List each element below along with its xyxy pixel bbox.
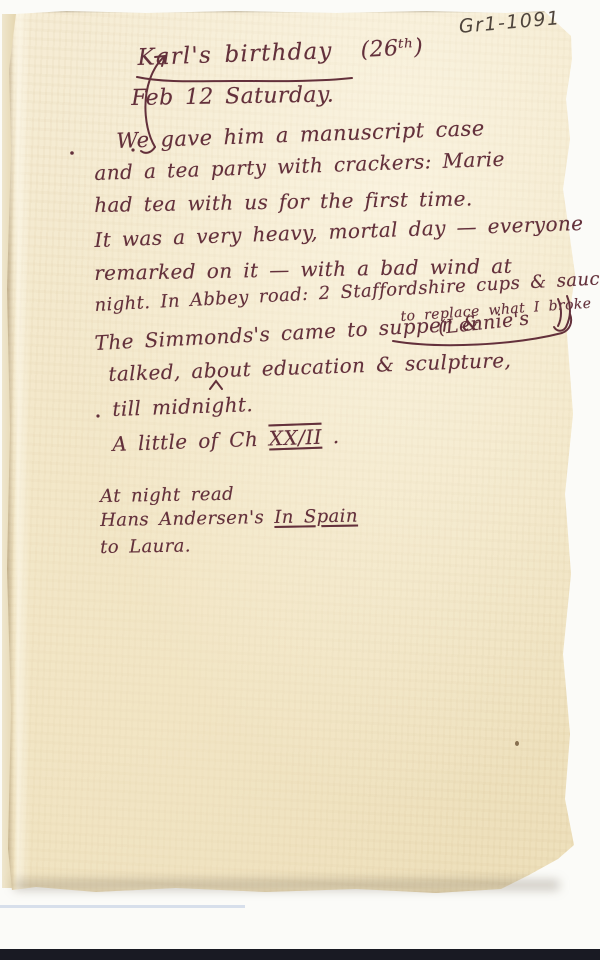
diary-line: to Laura. <box>100 535 191 558</box>
paper-drop-shadow <box>14 880 559 890</box>
diary-line: Hans Andersen's In Spain <box>100 506 358 531</box>
paper-bottom-edge-shading <box>6 890 586 895</box>
paper-right-edge-shading <box>578 9 586 895</box>
diary-line: till midnight. <box>112 392 253 421</box>
diary-line: At night read <box>100 484 234 507</box>
chapter-number: XX/II <box>269 425 323 451</box>
scanned-diary-page: Gr1-1091 Karl's birthday (26ᵗʰ) Feb 12 S… <box>0 0 600 960</box>
paper-speck <box>515 741 519 746</box>
scanner-bed-strip <box>0 949 600 960</box>
book-title: In Spain <box>274 506 358 528</box>
entry-date-line: Feb 12 Saturday. <box>131 82 334 111</box>
scan-artifact-line <box>0 905 245 908</box>
reading-line-prefix: Hans Andersen's <box>100 507 274 531</box>
chapter-note-end: . <box>321 424 339 449</box>
entry-heading-suffix: (26ᵗʰ) <box>360 35 424 63</box>
